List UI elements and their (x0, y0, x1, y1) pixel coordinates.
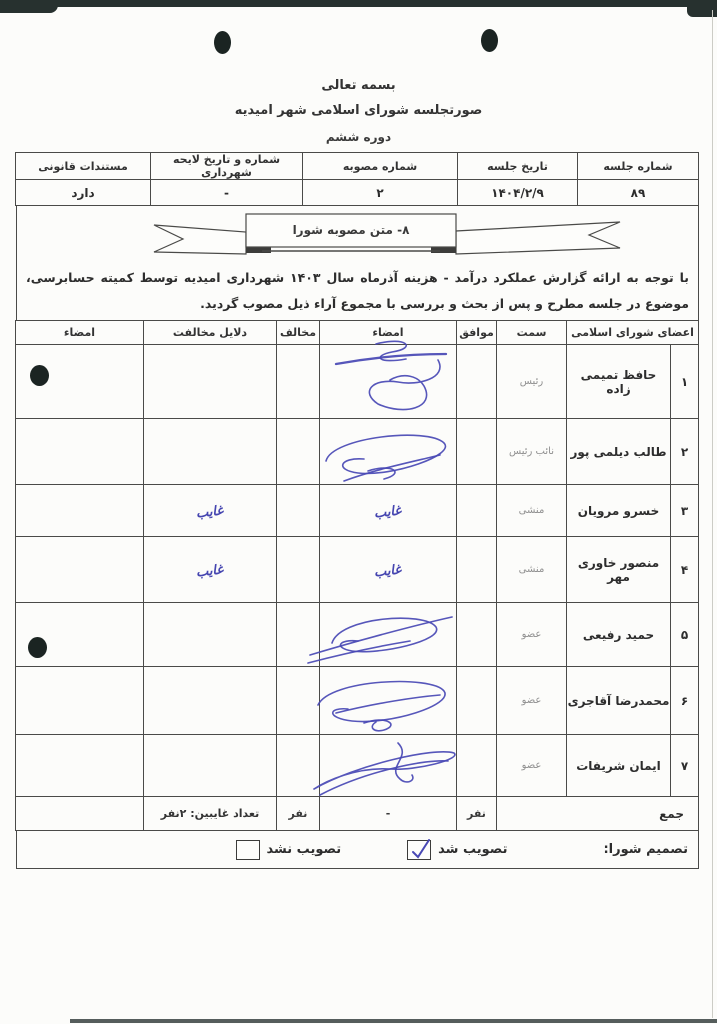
signature-scribble (316, 421, 456, 483)
header-agree: موافق (457, 321, 497, 345)
signature-cell (320, 735, 457, 797)
oppose-cell (277, 667, 320, 735)
punch-hole (481, 29, 498, 52)
session-info-table: شماره جلسه تاریخ جلسه شماره مصوبه شماره … (15, 152, 699, 206)
scan-top-edge (0, 0, 717, 7)
member-name: حمید رفیعی (567, 603, 671, 667)
bismillah-line: بسمه تعالی (0, 78, 717, 93)
signature2-cell (16, 485, 144, 537)
agree-count-unit: نفر (457, 797, 497, 831)
header-session-number: شماره جلسه (578, 153, 699, 180)
header-legal-docs: مستندات قانونی (16, 153, 151, 180)
rejected-label: تصویب نشد (267, 842, 342, 857)
absent-note: غایب (196, 562, 225, 580)
agree-cell (457, 419, 497, 485)
member-position: نائب رئیس (497, 419, 567, 485)
oppose-reason-cell: غایب (144, 537, 277, 603)
absent-count: تعداد غایبین: ۲نفر (144, 797, 277, 831)
oppose-cell (277, 419, 320, 485)
oppose-reason-cell: غایب (144, 485, 277, 537)
row-number: ۲ (671, 419, 699, 485)
signature-cell (320, 667, 457, 735)
member-name: خسرو مرویان (567, 485, 671, 537)
member-row: ۳ خسرو مرویان منشی غایب غایب (16, 485, 699, 537)
oppose-cell (277, 345, 320, 419)
member-name: طالب دیلمی پور (567, 419, 671, 485)
member-position: عضو (497, 667, 567, 735)
value-municipality-bill: - (151, 180, 303, 206)
member-row: ۶ محمدرضا آقاجری عضو (16, 667, 699, 735)
row-number: ۶ (671, 667, 699, 735)
member-name: ایمان شریفات (567, 735, 671, 797)
totals-label: جمع (497, 797, 699, 831)
header-municipality-bill: شماره و تاریخ لایحه شهرداری (151, 153, 303, 180)
member-name: حافظ تمیمی زاده (567, 345, 671, 419)
oppose-cell (277, 735, 320, 797)
rejected-checkbox-empty (236, 840, 260, 860)
signature2-cell (16, 537, 144, 603)
signature-cell (320, 603, 457, 667)
agree-cell (457, 537, 497, 603)
agree-cell (457, 667, 497, 735)
signature2-cell (16, 603, 144, 667)
header-signature-2: امضاء (16, 321, 144, 345)
member-name: منصور خاوری مهر (567, 537, 671, 603)
oppose-reason-cell (144, 667, 277, 735)
minutes-form: شماره جلسه تاریخ جلسه شماره مصوبه شماره … (16, 152, 699, 869)
signature-scribble (320, 334, 456, 418)
agree-cell (457, 735, 497, 797)
header-oppose-reasons: دلایل مخالفت (144, 321, 277, 345)
totals-row: جمع نفر - نفر تعداد غایبین: ۲نفر (16, 797, 699, 831)
approved-checkbox-checked (407, 840, 431, 860)
header-resolution-number: شماره مصوبه (303, 153, 458, 180)
header-position: سمت (497, 321, 567, 345)
oppose-reason-cell (144, 603, 277, 667)
signature2-cell (16, 667, 144, 735)
row-number: ۴ (671, 537, 699, 603)
signature2-cell (16, 419, 144, 485)
signature-scribble (306, 605, 456, 665)
row-number: ۷ (671, 735, 699, 797)
member-row: ۴ منصور خاوری مهر منشی غایب غایب (16, 537, 699, 603)
row-number: ۱ (671, 345, 699, 419)
oppose-reason-cell (144, 419, 277, 485)
value-resolution-number: ۲ (303, 180, 458, 206)
signature-scribble (306, 669, 456, 733)
signature-cell (320, 419, 457, 485)
member-row: ۲ طالب دیلمی پور نائب رئیس (16, 419, 699, 485)
scan-bottom-edge (70, 1019, 717, 1023)
value-legal-docs: دارد (16, 180, 151, 206)
agree-cell (457, 603, 497, 667)
signature-total: - (320, 797, 457, 831)
agree-cell (457, 345, 497, 419)
member-row: ۱ حافظ تمیمی زاده رئیس (16, 345, 699, 419)
signature-scribble (306, 737, 456, 795)
header-session-date: تاریخ جلسه (458, 153, 578, 180)
header-oppose: مخالف (277, 321, 320, 345)
signature-cell: غایب (320, 485, 457, 537)
member-position: منشی (497, 485, 567, 537)
signature-cell: غایب (320, 537, 457, 603)
punch-hole (214, 31, 231, 54)
banner-zone: ۸- متن مصوبه شورا (16, 206, 699, 262)
value-session-date: ۱۴۰۴/۲/۹ (458, 180, 578, 206)
member-position: عضو (497, 735, 567, 797)
paper-right-edge (712, 10, 713, 1018)
council-decision-row: تصمیم شورا: تصویب شد تصویب نشد (16, 831, 699, 869)
oppose-reason-cell (144, 735, 277, 797)
oppose-count-unit: نفر (277, 797, 320, 831)
votes-table: اعضای شورای اسلامی سمت موافق امضاء مخالف… (15, 320, 699, 831)
signature2-total-cell (16, 797, 144, 831)
agree-cell (457, 485, 497, 537)
resolution-text: با توجه به ارائه گزارش عملکرد درآمد - هز… (16, 262, 699, 320)
member-position: رئیس (497, 345, 567, 419)
member-position: عضو (497, 603, 567, 667)
check-mark-icon (408, 841, 432, 861)
oppose-reason-cell (144, 345, 277, 419)
signature-cell (320, 345, 457, 419)
approved-option: تصویب شد (407, 840, 507, 860)
council-term: دوره ششم (0, 130, 717, 144)
member-row: ۷ ایمان شریفات عضو (16, 735, 699, 797)
decision-label: تصمیم شورا: (603, 842, 688, 857)
absent-note: غایب (374, 503, 403, 521)
absent-note: غایب (374, 562, 403, 580)
oppose-cell (277, 485, 320, 537)
scan-top-left-corner (0, 0, 58, 13)
signature2-cell (16, 735, 144, 797)
row-number: ۵ (671, 603, 699, 667)
oppose-cell (277, 537, 320, 603)
document-title: صورتجلسه شورای اسلامی شهر امیدیه (0, 103, 717, 118)
approved-label: تصویب شد (438, 842, 507, 857)
absent-note: غایب (196, 503, 225, 521)
signature2-cell (16, 345, 144, 419)
rejected-option: تصویب نشد (236, 840, 342, 860)
banner-title: ۸- متن مصوبه شورا (246, 214, 456, 246)
oppose-cell (277, 603, 320, 667)
member-name: محمدرضا آقاجری (567, 667, 671, 735)
scanned-document-page: بسمه تعالی صورتجلسه شورای اسلامی شهر امی… (0, 0, 717, 1024)
row-number: ۳ (671, 485, 699, 537)
value-session-number: ۸۹ (578, 180, 699, 206)
member-position: منشی (497, 537, 567, 603)
header-council-members: اعضای شورای اسلامی (567, 321, 699, 345)
member-row: ۵ حمید رفیعی عضو (16, 603, 699, 667)
